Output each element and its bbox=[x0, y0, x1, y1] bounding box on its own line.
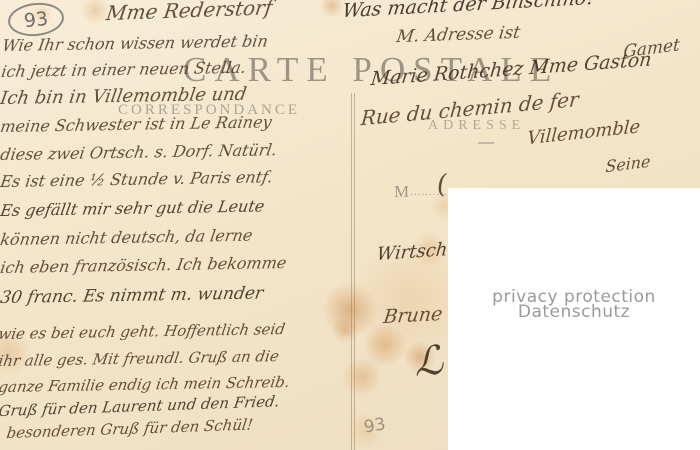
handwriting-line: Mme Rederstorf bbox=[105, 0, 274, 25]
circled-number-badge: 93 bbox=[6, 0, 65, 39]
divider-line bbox=[351, 93, 352, 450]
handwriting-line: diese zwei Ortsch. s. Dorf. Natürl. bbox=[0, 140, 278, 164]
handwriting-city: Villemomble bbox=[527, 116, 641, 149]
handwriting-line: Was macht der Binschino? bbox=[341, 0, 598, 22]
handwriting-line: besonderen Gruß für den Schül! bbox=[5, 415, 254, 442]
handwriting-line: Ich bin in Villemomble und bbox=[0, 84, 248, 109]
addressee-prefix: M bbox=[394, 182, 410, 201]
privacy-overlay: privacy protection Datenschutz bbox=[448, 188, 700, 450]
handwriting-fragment: Wirtsch bbox=[376, 239, 449, 265]
privacy-line-de: Datenschutz bbox=[492, 305, 656, 320]
handwriting-line: 30 franc. Es nimmt m. wunder bbox=[0, 283, 265, 308]
handwriting-flourish: ℒ bbox=[412, 337, 445, 385]
handwriting-line: können nicht deutsch, da lerne bbox=[0, 226, 254, 249]
postcard-scan: CARTE POSTALE CORRESPONDANCE ADRESSE M..… bbox=[0, 0, 700, 450]
privacy-text: privacy protection Datenschutz bbox=[492, 290, 656, 320]
handwriting-line: wie es bei euch geht. Hoffentlich seid bbox=[0, 320, 286, 343]
handwriting-line: Es gefällt mir sehr gut die Leute bbox=[0, 196, 266, 220]
adresse-underline bbox=[478, 142, 494, 144]
handwriting-line: M. Adresse ist bbox=[395, 23, 521, 47]
bottom-number: 93 bbox=[362, 414, 387, 437]
divider-line bbox=[354, 93, 355, 450]
circled-number: 93 bbox=[23, 7, 49, 31]
handwriting-fragment: Brune bbox=[382, 303, 443, 328]
handwriting-fragment: ( bbox=[436, 169, 448, 199]
handwriting-line: Es ist eine ½ Stunde v. Paris entf. bbox=[0, 167, 274, 191]
handwriting-department: Seine bbox=[605, 151, 651, 176]
handwriting-line: ihr alle ges. Mit freundl. Gruß an die bbox=[0, 347, 280, 370]
handwriting-line: meine Schwester ist in Le Rainey bbox=[0, 112, 273, 136]
handwriting-line: ich eben französisch. Ich bekomme bbox=[0, 253, 288, 277]
